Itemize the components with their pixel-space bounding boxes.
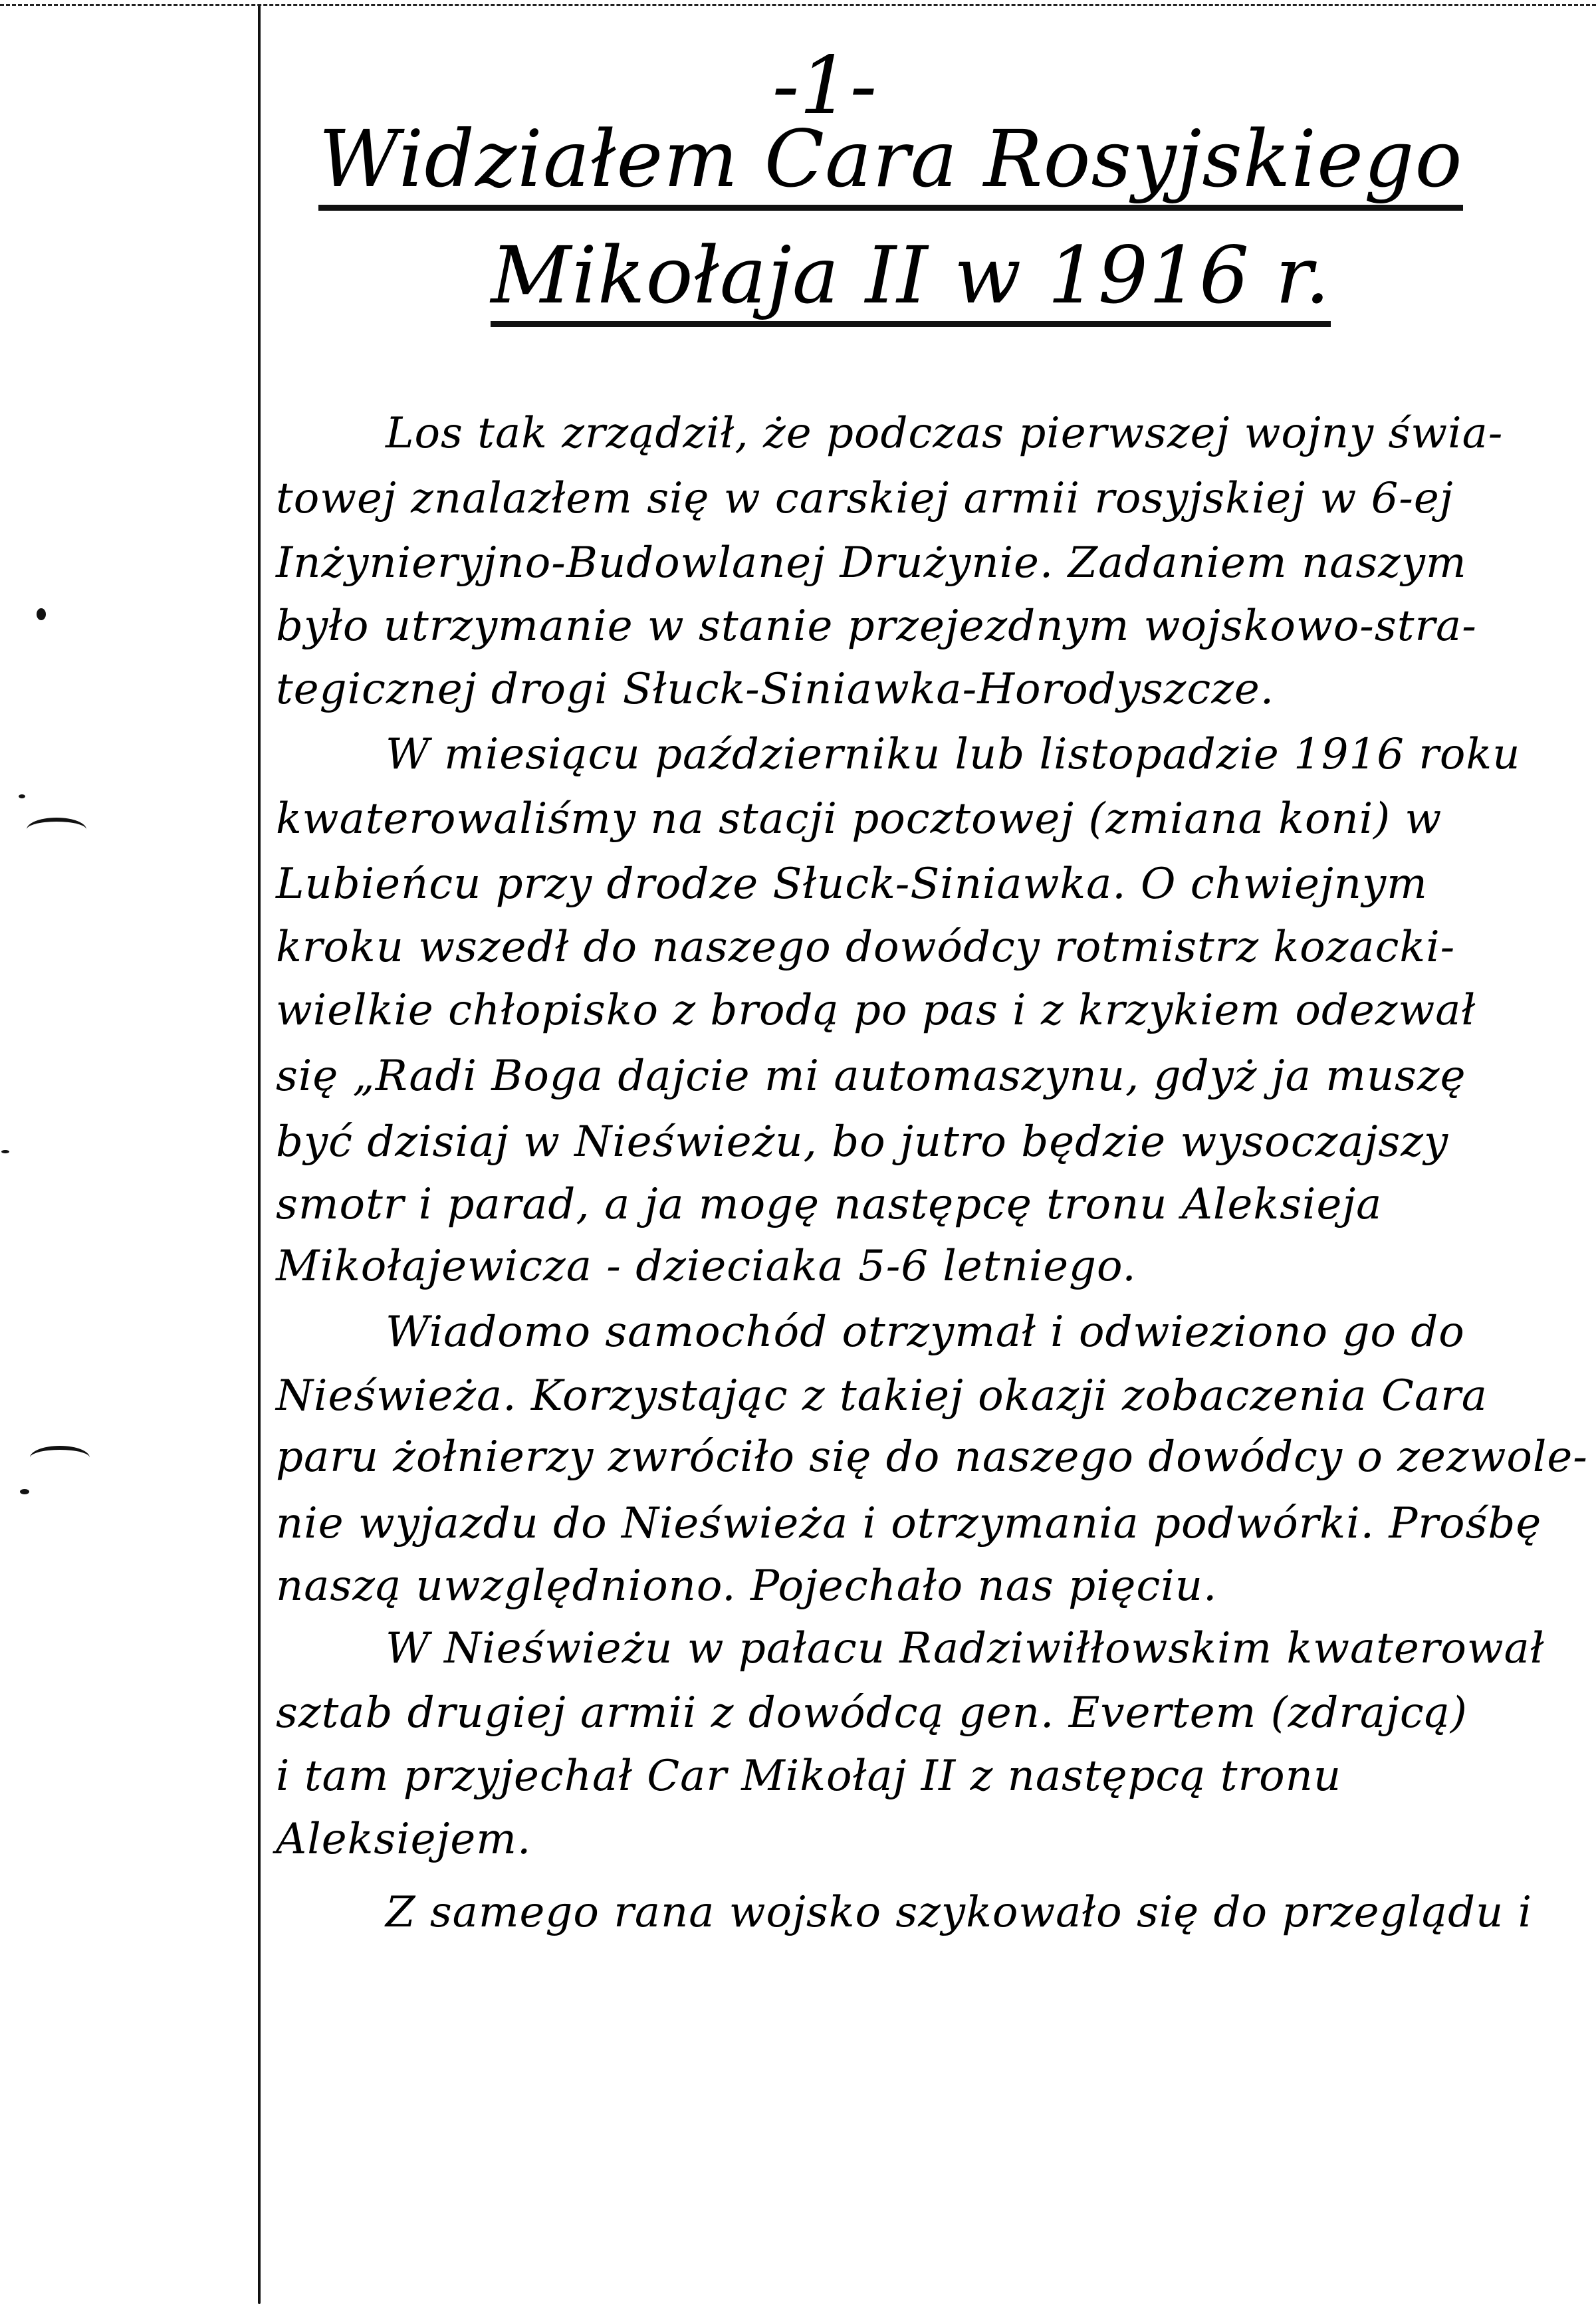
text-line: towej znalazłem się w carskiej armii ros… <box>276 477 1454 520</box>
scan-top-edge <box>0 4 1596 6</box>
punch-hole-mark <box>27 818 86 842</box>
text-line: W miesiącu październiku lub listopadzie … <box>386 733 1520 776</box>
title-line-1: Widziałem Cara Rosyjskiego <box>259 113 1522 211</box>
text-line: być dzisiaj w Nieświeżu, bo jutro będzie… <box>276 1121 1448 1163</box>
text-line: kwaterowaliśmy na stacji pocztowej (zmia… <box>276 798 1442 840</box>
text-line: było utrzymanie w stanie przejezdnym woj… <box>276 605 1477 647</box>
text-line: kroku wszedł do naszego dowódcy rotmistr… <box>276 926 1455 969</box>
manuscript-page: -1- Widziałem Cara Rosyjskiego Mikołaja … <box>0 0 1596 2304</box>
text-line: i tam przyjechał Car Mikołaj II z następ… <box>276 1755 1341 1797</box>
title-text-2: Mikołaja II w 1916 r. <box>491 235 1330 327</box>
title-text-1: Widziałem Cara Rosyjskiego <box>318 118 1462 211</box>
punch-hole-mark <box>30 1446 90 1470</box>
text-line: smotr i parad, a ja mogę następcę tronu … <box>276 1183 1382 1226</box>
text-line: W Nieświeżu w pałacu Radziwiłłowskim kwa… <box>386 1627 1545 1670</box>
scan-speck <box>20 1489 29 1494</box>
text-line: Lubieńcu przy drodze Słuck-Siniawka. O c… <box>276 863 1428 905</box>
text-line: Z samego rana wojsko szykowało się do pr… <box>386 1891 1532 1934</box>
text-line: Los tak zrządził, że podczas pierwszej w… <box>386 412 1503 455</box>
text-line: naszą uwzględniono. Pojechało nas pięciu… <box>276 1565 1217 1607</box>
scan-speck <box>37 608 46 620</box>
text-line: Inżynieryjno-Budowlanej Drużynie. Zadani… <box>276 542 1467 584</box>
scan-speck <box>19 794 25 798</box>
text-line: Mikołajewicza - dzieciaka 5-6 letniego. <box>276 1245 1137 1288</box>
text-line: Aleksiejem. <box>276 1818 531 1861</box>
text-line: tegicznej drogi Słuck-Siniawka-Horodyszc… <box>276 668 1274 711</box>
text-line: wielkie chłopisko z brodą po pas i z krz… <box>276 989 1476 1032</box>
title-line-2: Mikołaja II w 1916 r. <box>259 229 1522 327</box>
text-line: Nieświeża. Korzystając z takiej okazji z… <box>276 1375 1488 1417</box>
text-line: Wiadomo samochód otrzymał i odwieziono g… <box>386 1311 1465 1353</box>
margin-line <box>258 5 261 2304</box>
text-line: nie wyjazdu do Nieświeża i otrzymania po… <box>276 1502 1541 1545</box>
text-line: paru żołnierzy zwróciło się do naszego d… <box>276 1436 1588 1478</box>
text-line: się „Radi Boga dajcie mi automaszynu, gd… <box>276 1055 1466 1097</box>
text-line: sztab drugiej armii z dowódcą gen. Evert… <box>276 1692 1468 1734</box>
scan-speck <box>1 1150 9 1153</box>
